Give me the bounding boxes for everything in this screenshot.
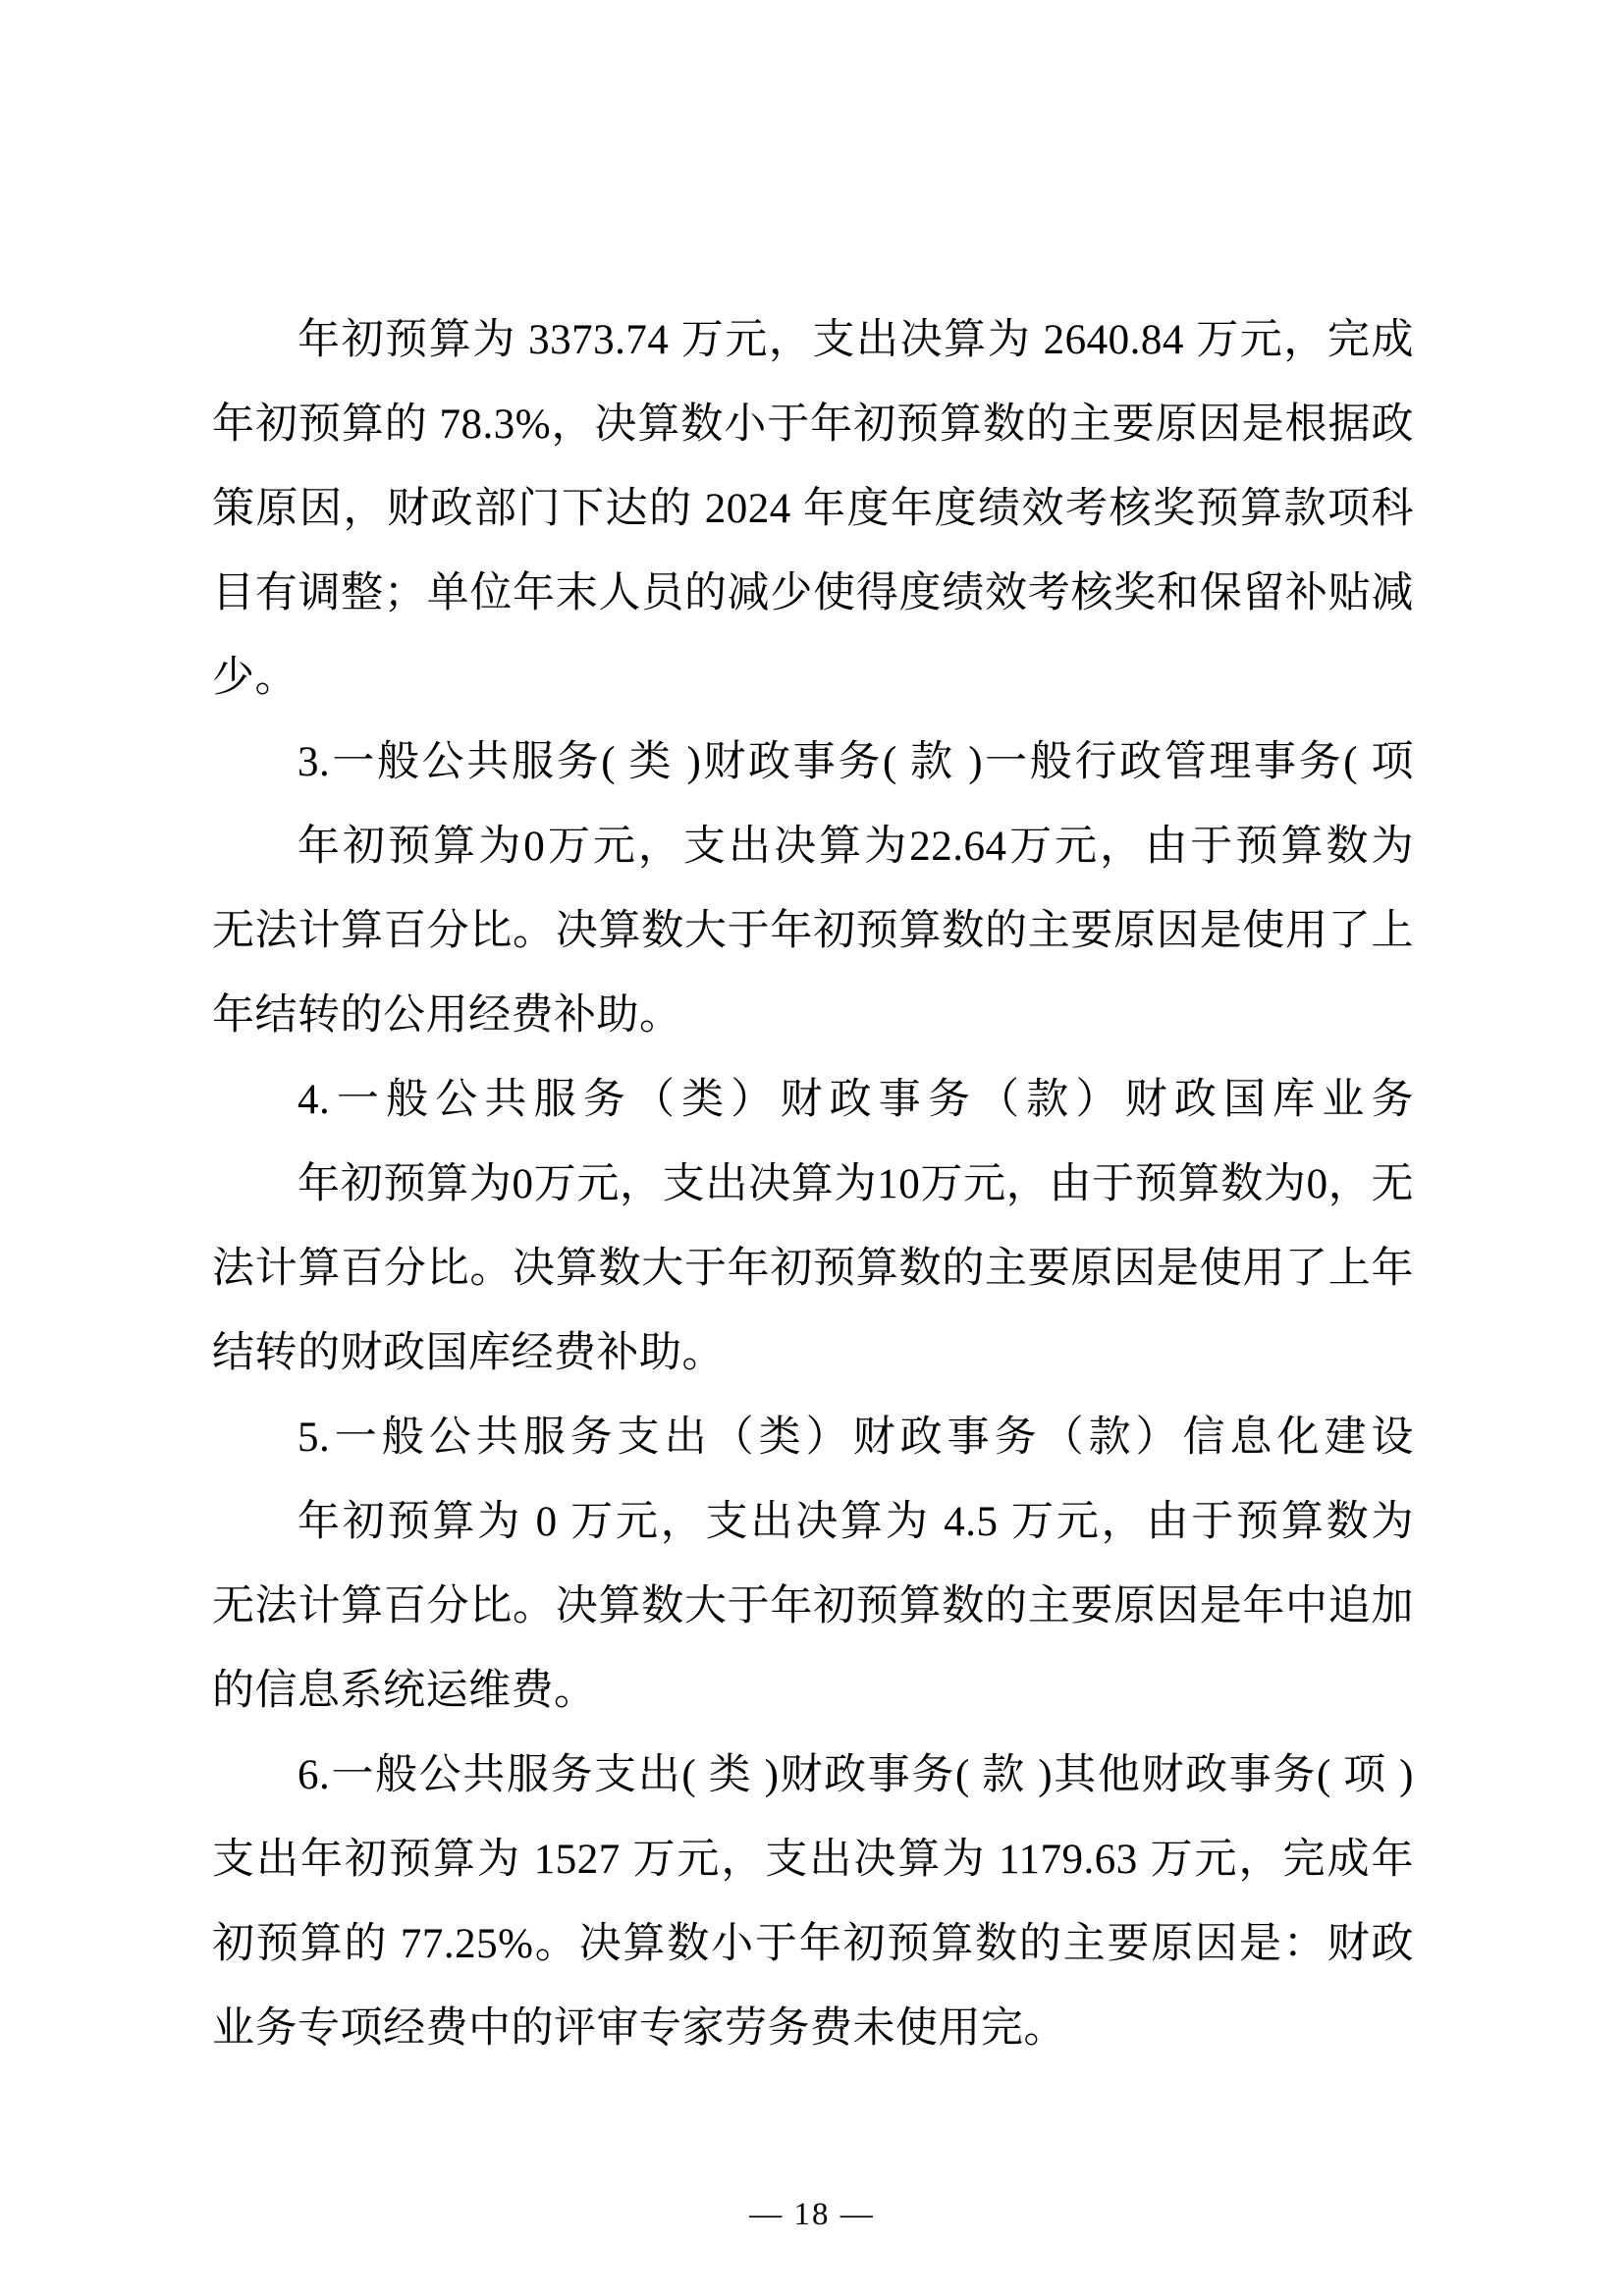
text-line: 年初预算的 78.3%，决算数小于年初预算数的主要原因是根据政 (212, 383, 1414, 467)
text-line: 支出年初预算为 1527 万元，支出决算为 1179.63 万元，完成年 (212, 1818, 1414, 1902)
text-line: 策原因，财政部门下达的 2024 年度年度绩效考核奖预算款项科 (212, 467, 1414, 552)
text-line: 无法计算百分比。决算数大于年初预算数的主要原因是年中追加 (212, 1565, 1414, 1649)
budget-item-6-paragraph: 6.一般公共服务支出( 类 )财政事务( 款 )其他财政事务( 项 )支出年初预… (212, 1734, 1414, 2071)
budget-item-5-heading-paragraph: 5.一般公共服务支出（类）财政事务（款）信息化建设（项）。 (212, 1396, 1414, 1480)
budget-item-3-heading-paragraph: 3.一般公共服务( 类 )财政事务( 款 )一般行政管理事务( 项 )。 (212, 721, 1414, 805)
text-line: 的信息系统运维费。 (212, 1649, 1414, 1734)
document-body: 年初预算为 3373.74 万元，支出决算为 2640.84 万元，完成年初预算… (212, 298, 1414, 2071)
budget-item-4-heading-paragraph: 4.一般公共服务（类）财政事务（款）财政国库业务（项）。 (212, 1058, 1414, 1143)
text-line: 3.一般公共服务( 类 )财政事务( 款 )一般行政管理事务( 项 )。 (212, 721, 1414, 805)
text-line: 年初预算为0万元，支出决算为10万元，由于预算数为0，无 (212, 1143, 1414, 1227)
budget-item-2-continuation-paragraph: 年初预算为 3373.74 万元，支出决算为 2640.84 万元，完成年初预算… (212, 298, 1414, 721)
text-line: 业务专项经费中的评审专家劳务费未使用完。 (212, 1987, 1414, 2071)
budget-item-4-detail-paragraph: 年初预算为0万元，支出决算为10万元，由于预算数为0，无法计算百分比。决算数大于… (212, 1143, 1414, 1396)
page-number: — 18 — (749, 2197, 875, 2232)
text-line: 4.一般公共服务（类）财政事务（款）财政国库业务（项）。 (212, 1058, 1414, 1143)
budget-item-5-detail-paragraph: 年初预算为 0 万元，支出决算为 4.5 万元，由于预算数为 0，无法计算百分比… (212, 1480, 1414, 1734)
page-footer: — 18 — (0, 2195, 1624, 2234)
text-line: 年初预算为0万元，支出决算为22.64万元，由于预算数为0， (212, 805, 1414, 889)
text-line: 初预算的 77.25%。决算数小于年初预算数的主要原因是：财政 (212, 1902, 1414, 1987)
budget-item-3-detail-paragraph: 年初预算为0万元，支出决算为22.64万元，由于预算数为0，无法计算百分比。决算… (212, 805, 1414, 1058)
text-line: 年结转的公用经费补助。 (212, 974, 1414, 1058)
text-line: 年初预算为 3373.74 万元，支出决算为 2640.84 万元，完成 (212, 298, 1414, 383)
text-line: 结转的财政国库经费补助。 (212, 1311, 1414, 1396)
text-line: 6.一般公共服务支出( 类 )财政事务( 款 )其他财政事务( 项 ) (212, 1734, 1414, 1818)
text-line: 法计算百分比。决算数大于年初预算数的主要原因是使用了上年 (212, 1227, 1414, 1311)
text-line: 目有调整；单位年末人员的减少使得度绩效考核奖和保留补贴减 (212, 552, 1414, 636)
text-line: 无法计算百分比。决算数大于年初预算数的主要原因是使用了上 (212, 889, 1414, 974)
text-line: 少。 (212, 636, 1414, 721)
text-line: 年初预算为 0 万元，支出决算为 4.5 万元，由于预算数为 0， (212, 1480, 1414, 1565)
text-line: 5.一般公共服务支出（类）财政事务（款）信息化建设（项）。 (212, 1396, 1414, 1480)
document-page: 年初预算为 3373.74 万元，支出决算为 2640.84 万元，完成年初预算… (0, 0, 1624, 2296)
